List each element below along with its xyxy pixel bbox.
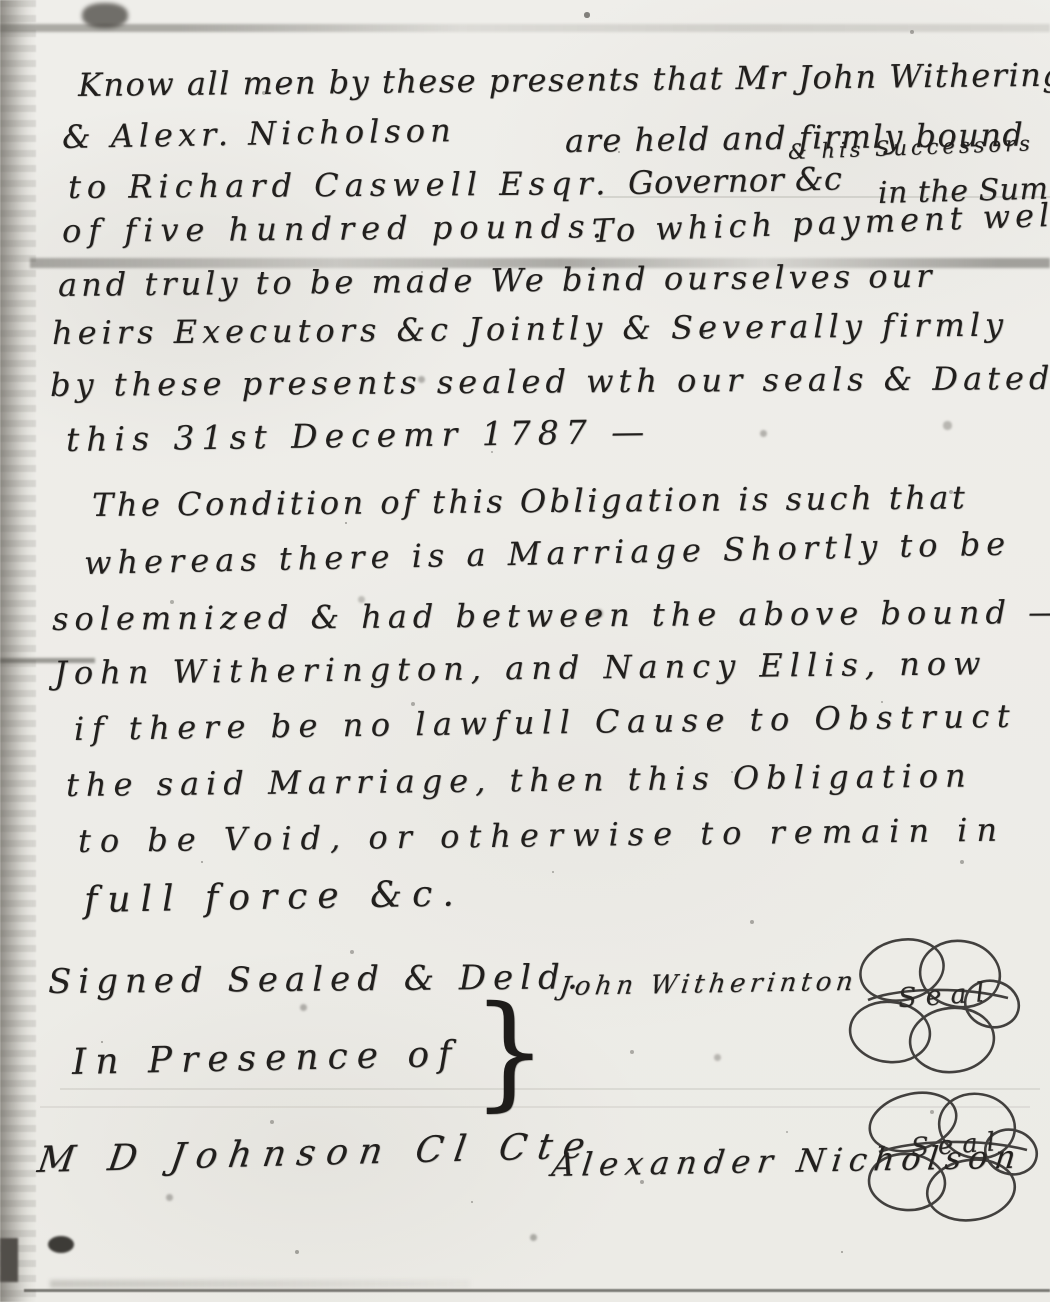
presence-brace: }: [472, 979, 547, 1124]
scan-artifact-ink-stains: [0, 0, 3, 3]
scan-artifact-ink-smudge-top-left: [82, 3, 128, 28]
scan-artifact-top-crease: [0, 24, 1050, 32]
seal-flourish-2: Seal: [855, 1082, 1045, 1247]
manuscript-line-opening-8: this 31st Decemr 1787 —: [66, 412, 652, 459]
signature-witness: M D Johnson Cl Cte: [35, 1125, 599, 1181]
signature-john-witherinton: John Witherinton: [558, 967, 859, 1002]
scan-artifact-bottom-crease-shadow: [50, 1280, 470, 1288]
manuscript-line-opening-4-right: To which payment well: [591, 195, 1050, 250]
manuscript-line-condition-2: whereas there is a Marriage Shortly to b…: [84, 525, 1012, 582]
seal-flourish-1: Seal: [840, 928, 1025, 1103]
seal-word: Seal: [897, 977, 994, 1015]
manuscript-line-opening-5: and truly to be made We bind ourselves o…: [58, 257, 936, 304]
manuscript-line-opening-6: heirs Executors &c Jointly & Severally f…: [52, 306, 1008, 352]
manuscript-line-opening-1: Know all men by these presents that Mr J…: [78, 55, 1050, 104]
manuscript-line-condition-7: to be Void, or otherwise to remain in: [78, 811, 1006, 860]
manuscript-line-condition-5: if there be no lawfull Cause to Obstruct: [74, 697, 1018, 748]
manuscript-line-condition-4: John Witherington, and Nancy Ellis, now: [54, 644, 988, 692]
manuscript-line-opening-3-left: to Richard Caswell Esqr.: [68, 164, 612, 206]
manuscript-line-condition-6: the said Marriage, then this Obligation: [66, 757, 973, 804]
manuscript-line-presence: In Presence of: [72, 1034, 461, 1083]
manuscript-line-opening-7: by these presents sealed wth our seals &…: [50, 359, 1050, 404]
scan-artifact-left-edge: [0, 0, 36, 1302]
manuscript-scan: Know all men by these presents that Mr J…: [0, 0, 1050, 1302]
manuscript-line-opening-3-mid: Governor &c: [628, 160, 843, 202]
manuscript-line-condition-8: full force &c.: [84, 873, 464, 921]
scan-artifact-bottom-crease: [24, 1289, 1050, 1292]
manuscript-line-opening-4-left: of five hundred pounds.: [62, 207, 609, 250]
manuscript-line-condition-1: The Condition of this Obligation is such…: [92, 478, 969, 524]
scan-artifact-bottom-left-blob: [48, 1236, 74, 1253]
seal-scribble-icon: [840, 928, 1025, 1103]
manuscript-line-condition-3: solemnized & had between the above bound…: [52, 593, 1050, 638]
manuscript-line-opening-2-left: & Alexr. Nicholson: [62, 111, 456, 156]
seal-scribble-icon: [855, 1082, 1045, 1247]
